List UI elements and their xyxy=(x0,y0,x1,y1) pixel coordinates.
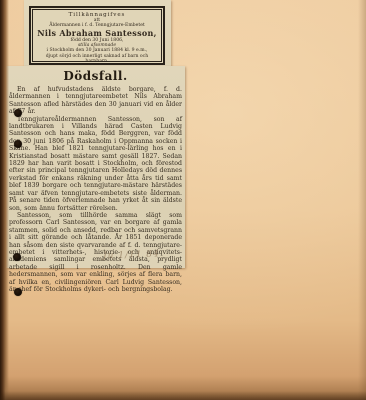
punch-hole xyxy=(13,253,21,261)
punch-hole xyxy=(14,109,22,117)
page-right-edge xyxy=(358,0,366,400)
page-left-edge xyxy=(0,0,9,400)
punch-hole xyxy=(14,288,22,296)
death-notice-text: Tillkännagifves att Åldermannen i f. d. … xyxy=(32,9,162,62)
page-bottom-edge xyxy=(0,391,366,400)
obituary-article-clipping: Dödsfall. En af hufvudstadens äldste bor… xyxy=(6,66,185,268)
punch-hole xyxy=(14,140,22,148)
scrapbook-page: Tillkännagifves att Åldermannen i f. d. … xyxy=(0,0,366,400)
death-notice-clipping: Tillkännagifves att Åldermannen i f. d. … xyxy=(24,0,171,67)
article-headline: Dödsfall. xyxy=(9,69,182,83)
notice-line-death-date: i Stockholm den 30 Januari 1884 kl. 9 e.… xyxy=(33,48,161,53)
death-notice-border: Tillkännagifves att Åldermannen i f. d. … xyxy=(29,6,165,65)
notice-line-grandchildren: barnbarn, xyxy=(33,59,161,62)
article-paragraph: En af hufvudstadens äldste borgare, f. d… xyxy=(9,86,182,116)
notice-line-name: Nils Abraham Santesson, xyxy=(33,29,161,39)
article-paragraph: Tenngjutareåldermannen Santesson, son af… xyxy=(9,116,182,212)
